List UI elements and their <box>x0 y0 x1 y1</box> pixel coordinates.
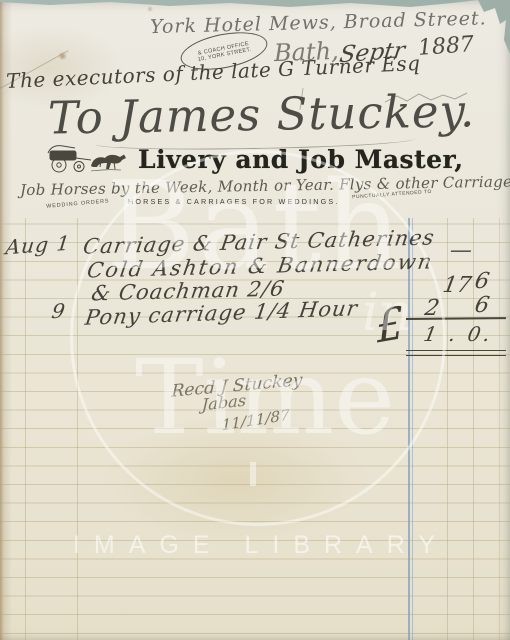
pound-symbol: £ <box>374 297 405 353</box>
total-amount: 1 . 0. <box>422 322 495 346</box>
ledger-blue-rule-1 <box>408 218 410 640</box>
letterhead-address: York Hotel Mews, Broad Street. <box>150 8 470 38</box>
services-line: Job Horses by the Week, Month or Year. F… <box>20 173 492 199</box>
pencil-squiggle <box>385 88 470 112</box>
money-column-line-3 <box>499 218 500 640</box>
entry-date: Aug 1 <box>4 231 71 259</box>
total-double-rule <box>406 350 506 356</box>
date-year: 1887 <box>417 32 475 61</box>
entry-amount-dash: — <box>448 238 474 263</box>
entry-amount-shillings: 17 <box>441 273 473 298</box>
ledger-date-column-line <box>77 218 78 640</box>
foxing-spot-small <box>147 6 153 12</box>
money-column-line-2 <box>473 218 474 640</box>
strip-horses-carriages: HORSES & CARRIAGES FOR WEDDINGS. <box>128 198 340 206</box>
invoice-paper: York Hotel Mews, Broad Street. & COACH O… <box>0 0 510 640</box>
trade-title: Livery and Job Master, <box>138 145 464 174</box>
ledger-blue-rule-2 <box>412 218 413 640</box>
ledger-margin-line <box>25 218 26 640</box>
scanned-invoice-screenshot: York Hotel Mews, Broad Street. & COACH O… <box>0 0 510 640</box>
horse-carriage-icon <box>45 141 135 174</box>
